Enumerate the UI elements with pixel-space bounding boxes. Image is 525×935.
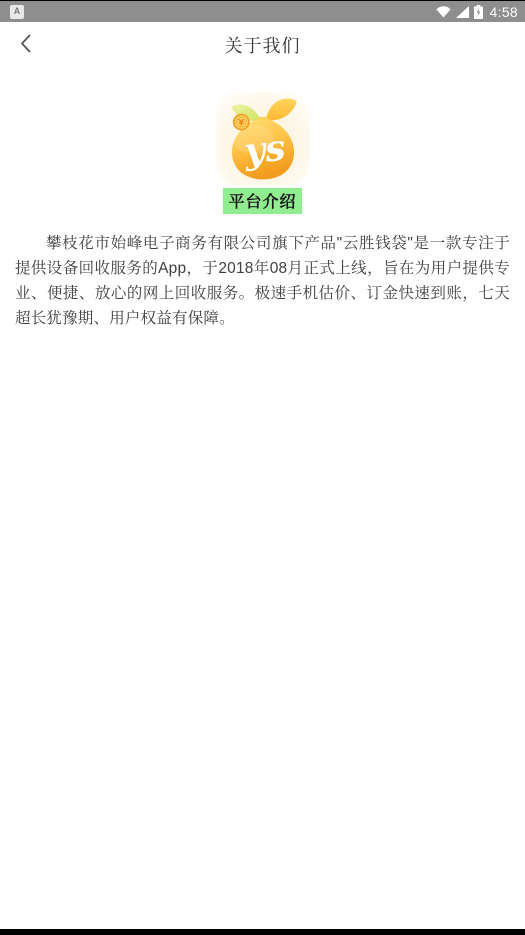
- clock-time: 4:58: [490, 4, 518, 20]
- app-bar: 关于我们: [0, 22, 525, 68]
- platform-description: 攀枝花市始峰电子商务有限公司旗下产品"云胜钱袋"是一款专注于提供设备回收服务的A…: [15, 231, 510, 331]
- svg-text:ys: ys: [241, 127, 287, 173]
- app-logo: ¥ ys: [216, 92, 310, 186]
- coin-icon: ¥: [232, 114, 249, 131]
- back-button[interactable]: [8, 22, 42, 68]
- wifi-icon: [436, 6, 451, 18]
- section-label-platform-intro: 平台介绍: [223, 188, 301, 214]
- svg-text:¥: ¥: [238, 117, 244, 127]
- battery-charging-icon: [474, 5, 483, 19]
- back-chevron-icon: [20, 34, 31, 56]
- navigation-bar: [0, 929, 525, 935]
- about-us-screen: A 4:58: [0, 0, 525, 935]
- signal-icon: [456, 6, 469, 18]
- about-content: ¥ ys 平台介绍 攀枝花市始峰电子商务有限公司旗下产品"云胜钱袋"是一款专注于…: [0, 68, 525, 331]
- page-title: 关于我们: [225, 32, 301, 58]
- money-bag-icon: ¥ ys: [216, 92, 310, 186]
- status-bar: A 4:58: [0, 0, 525, 22]
- notification-app-icon: A: [10, 5, 24, 19]
